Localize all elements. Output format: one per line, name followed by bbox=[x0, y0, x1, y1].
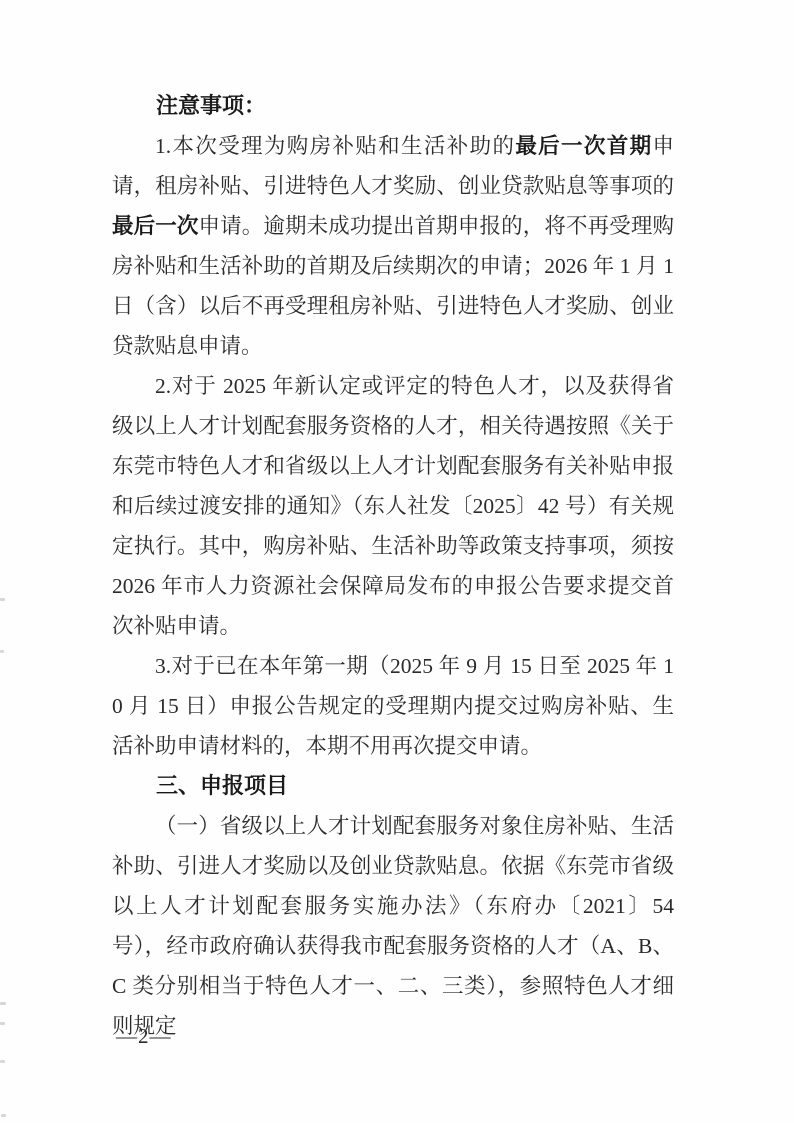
scan-artifact bbox=[0, 650, 4, 653]
paragraph-section-1: （一）省级以上人才计划配套服务对象住房补贴、生活补助、引进人才奖励以及创业贷款贴… bbox=[112, 806, 674, 1046]
scan-artifact bbox=[1, 1114, 6, 1117]
scan-artifact bbox=[0, 598, 5, 601]
scan-artifact bbox=[0, 1060, 5, 1063]
text-run: 2.对于 2025 年新认定或评定的特色人才，以及获得省级以上人才计划配套服务资… bbox=[112, 374, 674, 638]
text-run-bold: 最后一次 bbox=[112, 214, 198, 238]
scan-artifact bbox=[0, 1022, 5, 1025]
text-run-bold: 最后一次首期 bbox=[515, 134, 652, 158]
text-run: 1.本次受理为购房补贴和生活补助的 bbox=[155, 134, 515, 158]
paragraph-note-1: 1.本次受理为购房补贴和生活补助的最后一次首期申请，租房补贴、引进特色人才奖励、… bbox=[112, 126, 674, 366]
text-run: 3.对于已在本年第一期（2025 年 9 月 15 日至 2025 年 10 月… bbox=[112, 654, 674, 758]
section-heading: 三、申报项目 bbox=[112, 766, 674, 806]
page-number: —2— bbox=[116, 1023, 172, 1049]
notice-heading: 注意事项： bbox=[112, 86, 674, 126]
paragraph-note-2: 2.对于 2025 年新认定或评定的特色人才，以及获得省级以上人才计划配套服务资… bbox=[112, 366, 674, 646]
scan-artifact bbox=[0, 1002, 6, 1005]
document-body: 注意事项： 1.本次受理为购房补贴和生活补助的最后一次首期申请，租房补贴、引进特… bbox=[112, 86, 674, 1046]
paragraph-note-3: 3.对于已在本年第一期（2025 年 9 月 15 日至 2025 年 10 月… bbox=[112, 646, 674, 766]
document-page: 注意事项： 1.本次受理为购房补贴和生活补助的最后一次首期申请，租房补贴、引进特… bbox=[0, 0, 794, 1123]
text-run: （一）省级以上人才计划配套服务对象住房补贴、生活补助、引进人才奖励以及创业贷款贴… bbox=[112, 814, 674, 1038]
